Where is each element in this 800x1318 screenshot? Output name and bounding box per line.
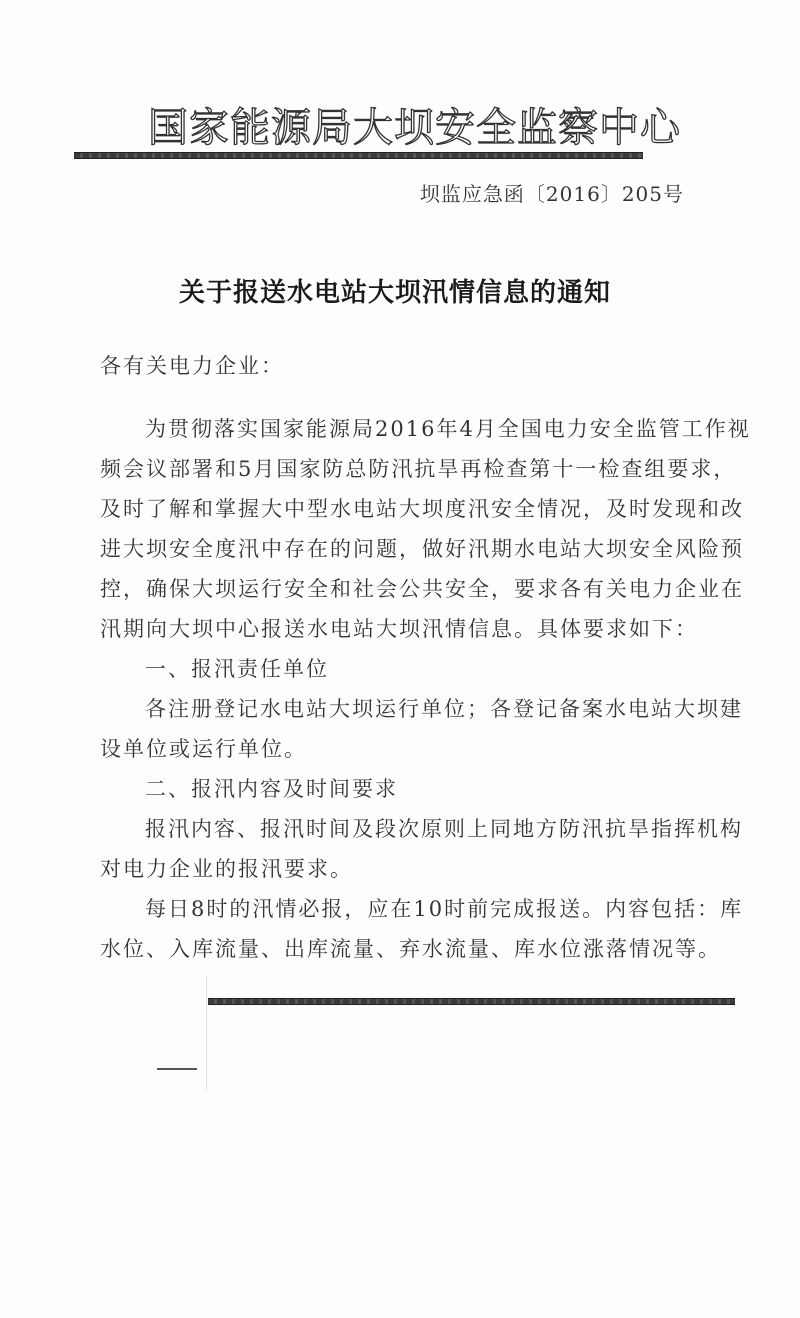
header-divider bbox=[74, 152, 643, 159]
text-line: 一、报汛责任单位 bbox=[100, 649, 690, 689]
text-line: 各注册登记水电站大坝运行单位；各登记备案水电站大坝建 bbox=[100, 689, 690, 729]
section-heading-2: 二、报汛内容及时间要求 bbox=[100, 769, 690, 809]
document-number: 坝监应急函〔2016〕205号 bbox=[420, 178, 684, 207]
text-line: 控，确保大坝运行安全和社会公共安全，要求各有关电力企业在 bbox=[100, 569, 690, 609]
body-paragraph-daily-report: 每日8时的汛情必报，应在10时前完成报送。内容包括：库 水位、入库流量、出库流量… bbox=[100, 889, 690, 969]
text-line: 设单位或运行单位。 bbox=[100, 729, 690, 769]
text-line: 对电力企业的报汛要求。 bbox=[100, 849, 690, 889]
text-line: 为贯彻落实国家能源局2016年4月全国电力安全监管工作视 bbox=[100, 409, 690, 449]
text-line: 汛期向大坝中心报送水电站大坝汛情信息。具体要求如下： bbox=[100, 609, 690, 649]
document-page: 国家能源局大坝安全监察中心 坝监应急函〔2016〕205号 关于报送水电站大坝汛… bbox=[0, 0, 800, 1318]
text-line: 进大坝安全度汛中存在的问题，做好汛期水电站大坝安全风险预 bbox=[100, 529, 690, 569]
text-line: 频会议部署和5月国家防总防汛抗旱再检查第十一检查组要求， bbox=[100, 449, 690, 489]
footer-divider bbox=[208, 998, 735, 1005]
text-line: 报汛内容、报汛时间及段次原则上同地方防汛抗旱指挥机构 bbox=[100, 809, 690, 849]
text-line: 二、报汛内容及时间要求 bbox=[100, 769, 690, 809]
section-heading-1: 一、报汛责任单位 bbox=[100, 649, 690, 689]
text-line: 及时了解和掌握大中型水电站大坝度汛安全情况，及时发现和改 bbox=[100, 489, 690, 529]
body-paragraph-intro: 为贯彻落实国家能源局2016年4月全国电力安全监管工作视 频会议部署和5月国家防… bbox=[100, 409, 690, 649]
document-title: 关于报送水电站大坝汛情信息的通知 bbox=[160, 272, 630, 309]
body-paragraph-report-content: 报汛内容、报汛时间及段次原则上同地方防汛抗旱指挥机构 对电力企业的报汛要求。 bbox=[100, 809, 690, 889]
text-line: 水位、入库流量、出库流量、弃水流量、库水位涨落情况等。 bbox=[100, 929, 690, 969]
scan-artifact-line bbox=[206, 975, 207, 1090]
text-line: 每日8时的汛情必报，应在10时前完成报送。内容包括：库 bbox=[100, 889, 690, 929]
organization-header: 国家能源局大坝安全监察中心 bbox=[148, 96, 648, 153]
scan-artifact-mark bbox=[157, 1068, 197, 1070]
salutation: 各有关电力企业： bbox=[100, 350, 284, 380]
body-paragraph-responsible-units: 各注册登记水电站大坝运行单位；各登记备案水电站大坝建 设单位或运行单位。 bbox=[100, 689, 690, 769]
